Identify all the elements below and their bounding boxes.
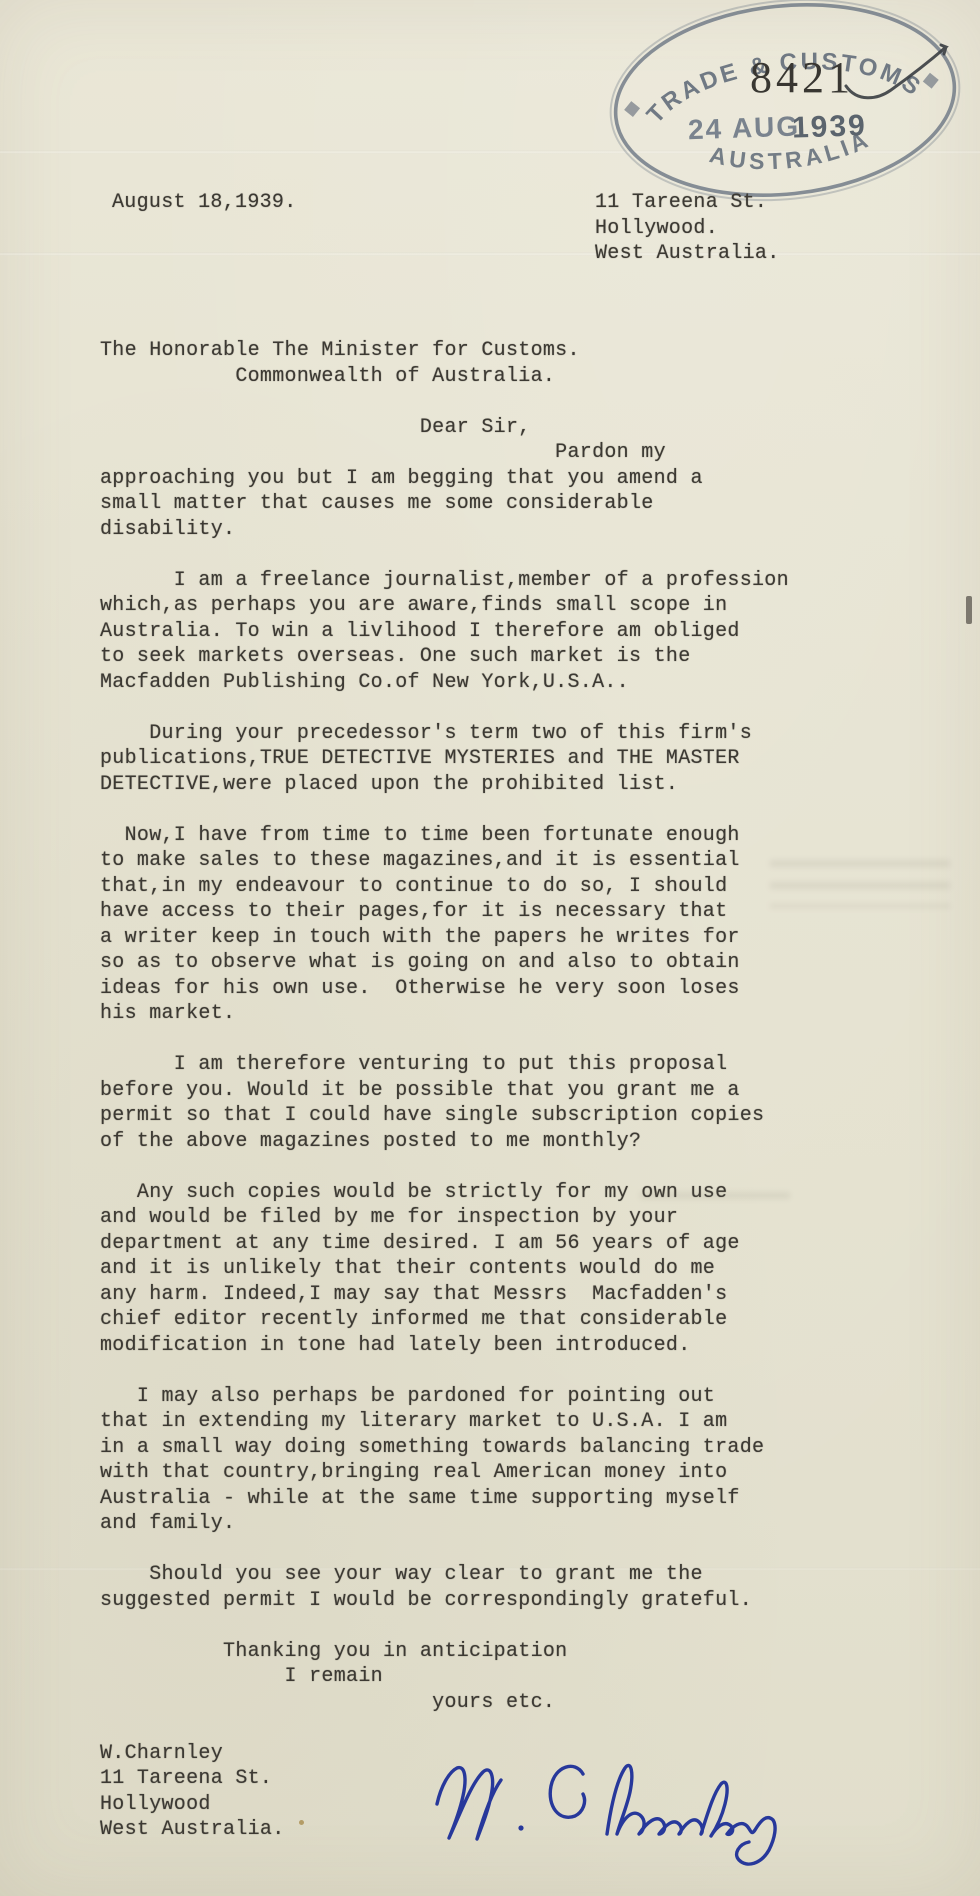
letter-date: August 18,1939. [112,190,297,215]
scan-edge-ink-mark [966,596,972,624]
stamp-diamond-icon [922,72,940,90]
scanned-letter-page: TRADE & CUSTOMS AUSTRALIA 8421 24 AUG 19… [0,0,980,1896]
stamp-date-year: 1939 [791,109,867,145]
handwritten-signature [425,1742,805,1872]
paper-crease [0,252,980,256]
stamp-oval-group: TRADE & CUSTOMS AUSTRALIA [601,0,970,213]
stamp-date-day-month: 24 AUG [687,110,800,145]
stamp-diamond-icon [623,100,641,118]
typed-letter-body: The Honorable The Minister for Customs. … [100,338,789,1843]
customs-oval-stamp: TRADE & CUSTOMS AUSTRALIA 8421 24 AUG 19… [560,0,980,213]
paper-speck [299,1820,304,1825]
bleed-through-smudge [770,860,950,908]
stamp-date-group: 24 AUG 1939 [687,108,867,148]
sender-address: 11 Tareena St. Hollywood. West Australia… [595,190,780,267]
stamp-registration-number: 8421 [750,53,854,102]
